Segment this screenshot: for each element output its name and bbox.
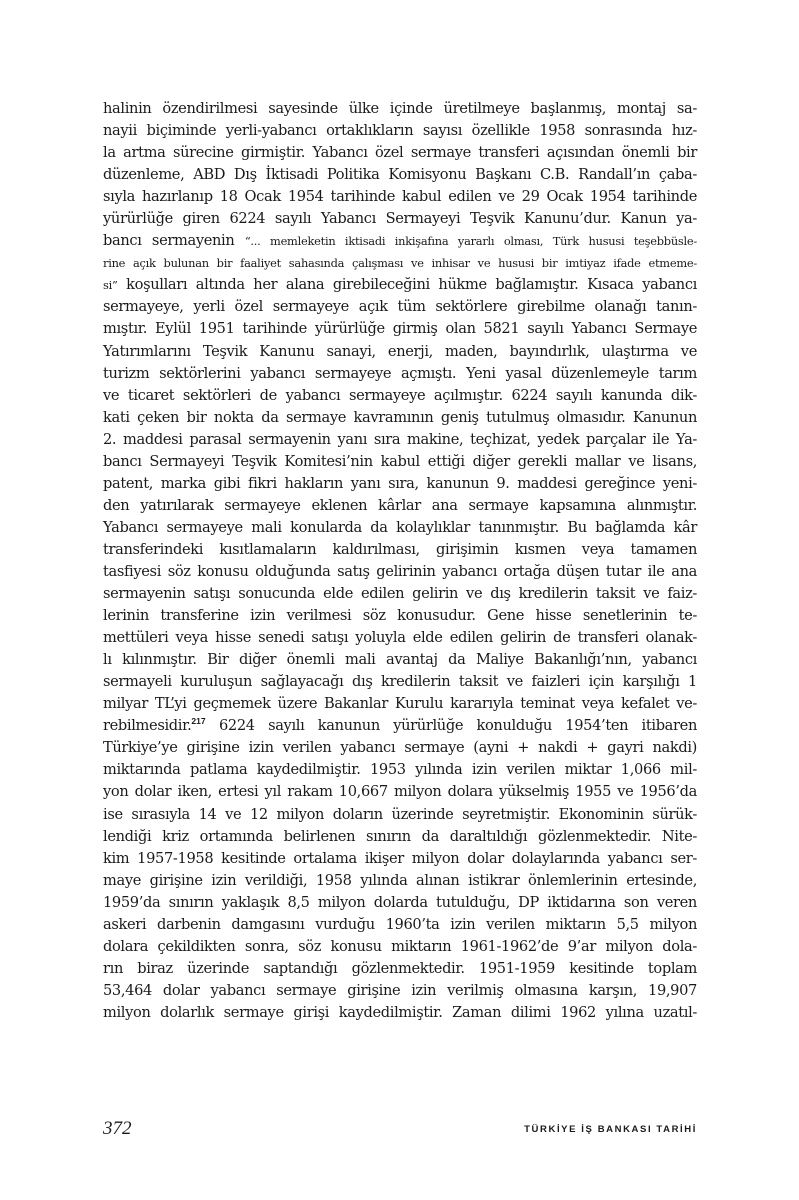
text-line: milyon dolarlık sermaye girişi kaydedilm… [103, 1002, 697, 1024]
text-line: nayii biçiminde yerli-yabancı ortaklıkla… [103, 120, 697, 142]
text-line: maye girişine izin verildiği, 1958 yılın… [103, 870, 697, 892]
text-segment: 6224 sayılı kanunun yürürlüğe konulduğu … [206, 717, 697, 734]
text-line: lendiği kriz ortamında belirlenen sınırı… [103, 826, 697, 848]
text-line-with-quote: bancı sermayenin “... memleketin iktisad… [103, 230, 697, 252]
block-quote-text: si” [103, 278, 118, 292]
block-quote-line: rine açık bulunan bir faaliyet sahasında… [103, 252, 697, 274]
text-line: Yatırımlarını Teşvik Kanunu sanayi, ener… [103, 341, 697, 363]
book-page: halinin özendirilmesi sayesinde ülke içi… [0, 0, 799, 1200]
text-line: 2. maddesi parasal sermayenin yanı sıra … [103, 429, 697, 451]
text-line: dolara çekildikten sonra, söz konusu mik… [103, 936, 697, 958]
text-line: mettüleri veya hisse senedi satışı yoluy… [103, 627, 697, 649]
running-head: TÜRKİYE İŞ BANKASI TARİHİ [524, 1124, 697, 1135]
footnote-reference[interactable]: 217 [191, 716, 205, 726]
text-line: den yatırılarak sermayeye eklenen kârlar… [103, 495, 697, 517]
text-line: transferindeki kısıtlamaların kaldırılma… [103, 539, 697, 561]
text-line: kati çeken bir nokta da sermaye kavramın… [103, 407, 697, 429]
text-line: milyar TL’yi geçmemek üzere Bakanlar Kur… [103, 693, 697, 715]
text-line: miktarında patlama kaydedilmiştir. 1953 … [103, 759, 697, 781]
text-line: askeri darbenin damgasını vurduğu 1960’t… [103, 914, 697, 936]
text-line-with-quote: si” koşulları altında her alana girebile… [103, 274, 697, 296]
text-line: ve ticaret sektörleri de yabancı sermaye… [103, 385, 697, 407]
text-line: la artma sürecine girmiştir. Yabancı öze… [103, 142, 697, 164]
text-line: Türkiye’ye girişine izin verilen yabancı… [103, 737, 697, 759]
text-line: rın biraz üzerinde saptandığı gözlenmekt… [103, 958, 697, 980]
text-line: kim 1957-1958 kesitinde ortalama ikişer … [103, 848, 697, 870]
text-line: Yabancı sermayeye mali konularda da kola… [103, 517, 697, 539]
text-line: halinin özendirilmesi sayesinde ülke içi… [103, 98, 697, 120]
text-line: lı kılınmıştır. Bir diğer önemli mali av… [103, 649, 697, 671]
text-line: sermayeli kuruluşun sağlayacağı dış kred… [103, 671, 697, 693]
text-line: sermayeye, yerli özel sermayeye açık tüm… [103, 296, 697, 318]
text-line: turizm sektörlerini yabancı sermayeye aç… [103, 363, 697, 385]
text-line: mıştır. Eylül 1951 tarihinde yürürlüğe g… [103, 318, 697, 340]
text-line: bancı Sermayeyi Teşvik Komitesi’nin kabu… [103, 451, 697, 473]
text-line: sıyla hazırlanıp 18 Ocak 1954 tarihinde … [103, 186, 697, 208]
text-line: 1959’da sınırın yaklaşık 8,5 milyon dola… [103, 892, 697, 914]
text-segment: rebilmesidir. [103, 717, 191, 734]
text-segment: koşulları altında her alana girebileceği… [118, 276, 697, 293]
text-segment: bancı sermayenin [103, 232, 245, 249]
text-line: ise sırasıyla 14 ve 12 milyon doların üz… [103, 804, 697, 826]
block-quote-text: “... memleketin iktisadi inkişafına yara… [245, 234, 697, 248]
text-line: düzenleme, ABD Dış İktisadi Politika Kom… [103, 164, 697, 186]
text-line: sermayenin satışı sonucunda elde edilen … [103, 583, 697, 605]
text-line: 53,464 dolar yabancı sermaye girişine iz… [103, 980, 697, 1002]
text-line: yürürlüğe giren 6224 sayılı Yabancı Serm… [103, 208, 697, 230]
body-text: halinin özendirilmesi sayesinde ülke içi… [103, 98, 697, 1024]
text-line: lerinin transferine izin verilmesi söz k… [103, 605, 697, 627]
text-line-with-footnote: rebilmesidir.217 6224 sayılı kanunun yür… [103, 715, 697, 737]
page-number: 372 [103, 1118, 132, 1140]
text-line: tasfiyesi söz konusu olduğunda satış gel… [103, 561, 697, 583]
text-line: patent, marka gibi fikri hakların yanı s… [103, 473, 697, 495]
text-line: yon dolar iken, ertesi yıl rakam 10,667 … [103, 781, 697, 803]
